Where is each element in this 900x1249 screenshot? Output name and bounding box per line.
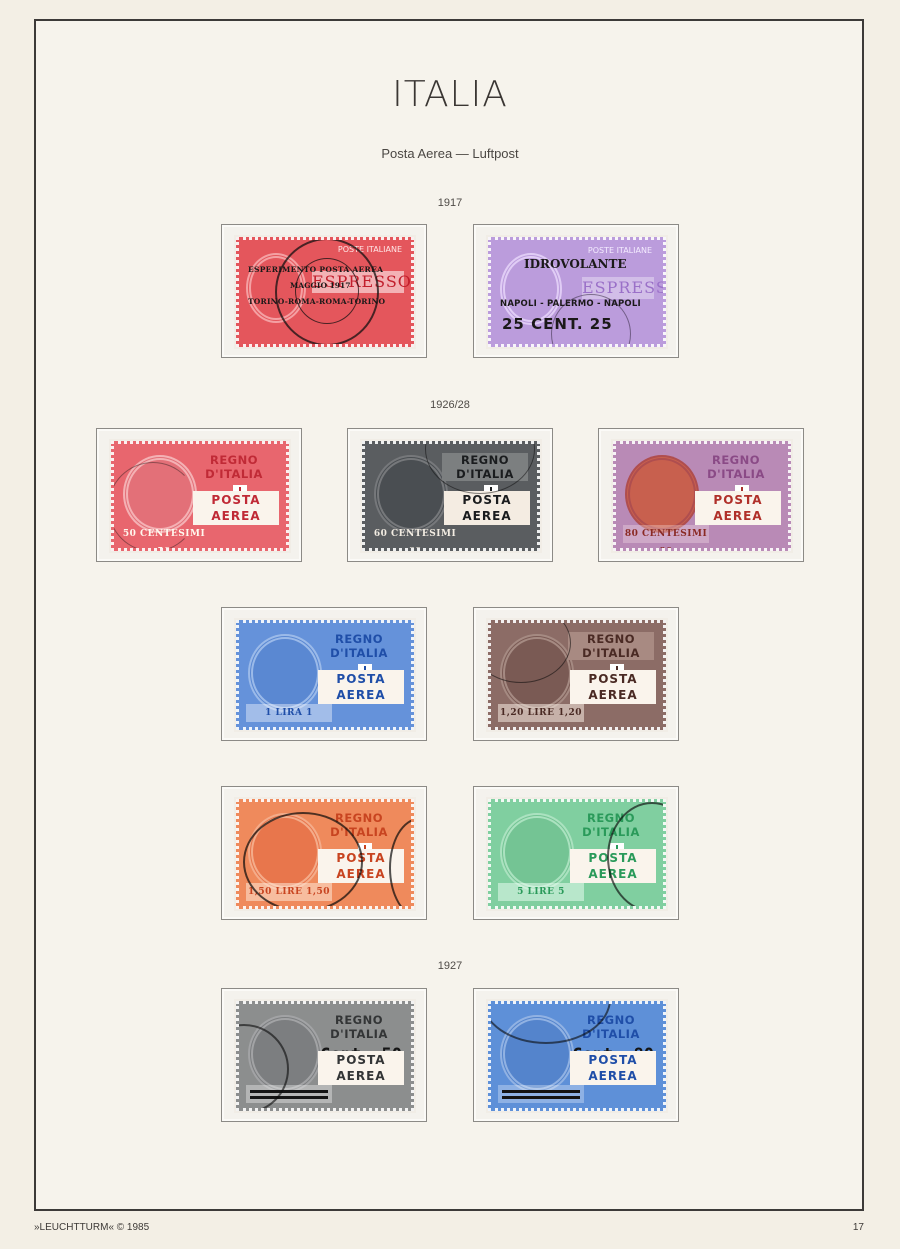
stamp-mount[interactable]: REGNOD'ITALIA POSTAAEREA 1 LIRA 1 [221, 607, 427, 741]
stamp-posta-aerea-label: POSTAAEREA [318, 1051, 404, 1085]
stamp-regno-text: REGNOD'ITALIA [191, 453, 277, 481]
portrait-medallion [500, 1015, 574, 1093]
page-number: 17 [853, 1222, 864, 1233]
stamp-value-row: 1,20 LIRE 1,20 [498, 704, 584, 722]
stamp-posta-aerea-1-20-lire: REGNOD'ITALIA POSTAAEREA 1,20 LIRE 1,20 [488, 620, 666, 730]
page-subtitle: Posta Aerea — Luftpost [0, 146, 900, 161]
stamp-value-row: 60 CENTESIMI 60 [372, 525, 458, 543]
stamp-posta-aerea-label: POSTAAEREA [193, 491, 279, 525]
stamp-mount[interactable]: REGNOD'ITALIA POSTAAEREA 80 CENTESIMI 80 [598, 428, 804, 562]
stamp-posta-aerea-label: POSTAAEREA [570, 670, 656, 704]
stamp-regno-text: REGNOD'ITALIA [568, 1013, 654, 1041]
stamp-idrovolante-violet: POSTE ITALIANE ESPRESSO IDROVOLANTE NAPO… [488, 237, 666, 347]
stamp-posta-aerea-label: POSTAAEREA [570, 1051, 656, 1085]
stamp-mount[interactable]: REGNOD'ITALIA POSTAAEREA 5 LIRE 5 [473, 786, 679, 920]
stamp-regno-text: REGNOD'ITALIA [693, 453, 779, 481]
stamp-posta-aerea-label: POSTAAEREA [444, 491, 530, 525]
stamp-posta-aerea-80c: REGNOD'ITALIA POSTAAEREA 80 CENTESIMI 80 [613, 441, 791, 551]
portrait-medallion [625, 455, 699, 533]
stamp-mount[interactable]: REGNOD'ITALIA Cent. 50 POSTAAEREA [221, 988, 427, 1122]
stamp-posta-aerea-1-lira: REGNOD'ITALIA POSTAAEREA 1 LIRA 1 [236, 620, 414, 730]
stamp-value-row: 1,50 LIRE 1,50 [246, 883, 332, 901]
portrait-medallion [500, 634, 574, 712]
overprint-line-2: MAGGIO 1917 [290, 281, 350, 290]
portrait-medallion [374, 455, 448, 533]
stamp-regno-text: REGNOD'ITALIA [316, 1013, 402, 1041]
stamp-posta-aerea-60c: REGNOD'ITALIA POSTAAEREA 60 CENTESIMI 60 [362, 441, 540, 551]
publisher-footer: »LEUCHTTURM« © 1985 [34, 1222, 149, 1233]
stamp-mount[interactable]: REGNOD'ITALIA POSTAAEREA 60 CENTESIMI 60 [347, 428, 553, 562]
stamp-posta-aerea-1-50-lire: REGNOD'ITALIA POSTAAEREA 1,50 LIRE 1,50 [236, 799, 414, 909]
stamp-top-text: POSTE ITALIANE [588, 246, 652, 255]
stamp-mount[interactable]: REGNOD'ITALIA POSTAAEREA 50 CENTESIMI 50 [96, 428, 302, 562]
stamp-value-row: 5 LIRE 5 [498, 883, 584, 901]
overprint-line-2: NAPOLI - PALERMO - NAPOLI [500, 299, 641, 309]
stamp-value-row: 80 CENTESIMI 80 [623, 525, 709, 543]
stamp-regno-text: REGNOD'ITALIA [568, 811, 654, 839]
section-year-1927: 1927 [0, 960, 900, 972]
portrait-medallion [500, 813, 574, 891]
page-title: ITALIA [0, 74, 900, 115]
portrait-medallion [248, 634, 322, 712]
stamp-mount[interactable]: POSTE ITALIANE ESPRESSO ESPERIMENTO POST… [221, 224, 427, 358]
stamp-regno-text: REGNOD'ITALIA [316, 632, 402, 660]
stamp-center-text: ESPRESSO [582, 277, 654, 299]
stamp-regno-text: REGNOD'ITALIA [316, 811, 402, 839]
stamp-top-text: POSTE ITALIANE [338, 245, 402, 254]
stamp-mount[interactable]: REGNOD'ITALIA Cent. 80 POSTAAEREA [473, 988, 679, 1122]
stamp-value-row-barred [246, 1085, 332, 1103]
overprint-line-3: 25 CENT. 25 [502, 315, 613, 333]
stamp-cent-80-surcharge: REGNOD'ITALIA Cent. 80 POSTAAEREA [488, 1001, 666, 1111]
portrait-medallion [123, 455, 197, 533]
stamp-regno-text: REGNOD'ITALIA [442, 453, 528, 481]
stamp-posta-aerea-50c: REGNOD'ITALIA POSTAAEREA 50 CENTESIMI 50 [111, 441, 289, 551]
section-year-1917: 1917 [0, 197, 900, 209]
stamp-value-row: 1 LIRA 1 [246, 704, 332, 722]
stamp-mount[interactable]: POSTE ITALIANE ESPRESSO IDROVOLANTE NAPO… [473, 224, 679, 358]
stamp-regno-text: REGNOD'ITALIA [568, 632, 654, 660]
overprint-line-1: IDROVOLANTE [524, 257, 627, 271]
stamp-posta-aerea-label: POSTAAEREA [318, 670, 404, 704]
stamp-posta-aerea-label: POSTAAEREA [570, 849, 656, 883]
stamp-cent-50-surcharge: REGNOD'ITALIA Cent. 50 POSTAAEREA [236, 1001, 414, 1111]
stamp-value-row-barred [498, 1085, 584, 1103]
overprint-line-3: TORINO-ROMA-ROMA-TORINO [248, 297, 385, 306]
stamp-value-row: 50 CENTESIMI 50 [121, 525, 207, 543]
stamp-espresso-red: POSTE ITALIANE ESPRESSO ESPERIMENTO POST… [236, 237, 414, 347]
overprint-line-1: ESPERIMENTO POSTA AEREA [248, 265, 383, 274]
portrait-medallion [248, 1015, 322, 1093]
stamp-posta-aerea-label: POSTAAEREA [318, 849, 404, 883]
stamp-posta-aerea-5-lire: REGNOD'ITALIA POSTAAEREA 5 LIRE 5 [488, 799, 666, 909]
stamp-mount[interactable]: REGNOD'ITALIA POSTAAEREA 1,20 LIRE 1,20 [473, 607, 679, 741]
stamp-mount[interactable]: REGNOD'ITALIA POSTAAEREA 1,50 LIRE 1,50 [221, 786, 427, 920]
section-year-1926-28: 1926/28 [0, 399, 900, 411]
portrait-medallion [248, 813, 322, 891]
stamp-posta-aerea-label: POSTAAEREA [695, 491, 781, 525]
